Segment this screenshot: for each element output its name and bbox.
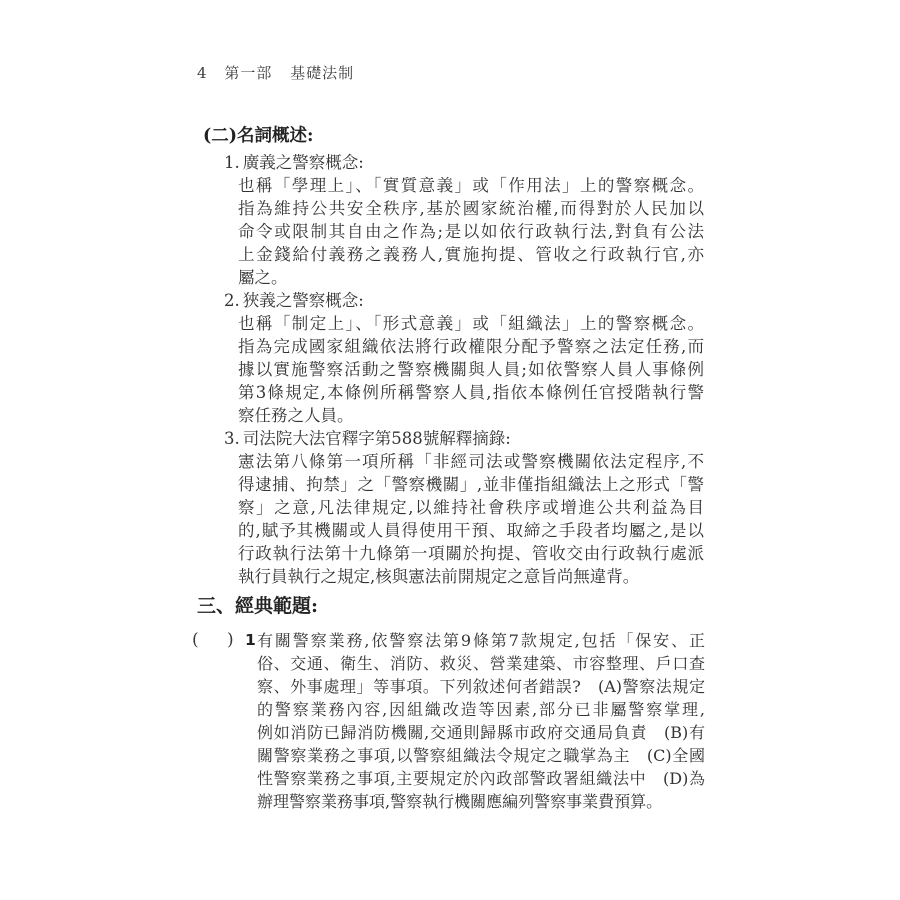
item-title-row: 1.廣義之警察概念: <box>203 151 715 174</box>
item-title-row: 3.司法院大法官釋字第588號解釋摘錄: <box>203 427 715 450</box>
text-line: 據以實施警察活動之警察機關與人員;如依警察人員人事條例 <box>238 358 704 381</box>
question: ( ) 1 有關警察業務,依警察法第9條第7款規定,包括「保安、正 俗、交通、衛… <box>192 629 708 813</box>
list-item: 2.狹義之警察概念: 也稱「制定上」、「形式意義」或「組織法」上的警察概念。 指… <box>203 289 715 427</box>
list-item: 1.廣義之警察概念: 也稱「學理上」、「實質意義」或「作用法」上的警察概念。 指… <box>203 151 715 289</box>
text-line: 也稱「學理上」、「實質意義」或「作用法」上的警察概念。 <box>238 174 704 197</box>
text-line: 屬之。 <box>238 266 704 289</box>
item-title: 廣義之警察概念: <box>243 153 364 172</box>
book-title: 基礎法制 <box>290 64 354 82</box>
text-line: 指為完成國家組織依法將行政權限分配予警察之法定任務,而 <box>238 335 704 358</box>
question-line: 俗、交通、衛生、消防、救災、營業建築、市容整理、戶口查 <box>257 652 705 675</box>
page-number: 4 <box>197 64 208 82</box>
question-line: 辦理警察業務事項,警察執行機關應編列警察事業費預算。 <box>257 790 705 813</box>
running-head: 4 第一部 基礎法制 <box>197 62 354 83</box>
item-body: 憲法第八條第一項所稱「非經司法或警察機關依法定程序,不 得逮捕、拘禁」之「警察機… <box>238 450 704 588</box>
question-body: 有關警察業務,依警察法第9條第7款規定,包括「保安、正 俗、交通、衛生、消防、救… <box>257 629 705 813</box>
text-line: 憲法第八條第一項所稱「非經司法或警察機關依法定程序,不 <box>238 450 704 473</box>
text-line: 指為維持公共安全秩序,基於國家統治權,而得對於人民加以 <box>238 197 704 220</box>
text-line: 的,賦予其機關或人員得使用干預、取締之手段者均屬之,是以 <box>238 519 704 542</box>
question-line: 性警察業務之事項,主要規定於內政部警政署組織法中 (D)為 <box>257 767 705 790</box>
book-page: 4 第一部 基礎法制 (二)名詞概述: 1.廣義之警察概念: 也稱「學理上」、「… <box>0 0 900 900</box>
question-number: 1 <box>245 629 256 652</box>
item-title: 狹義之警察概念: <box>243 291 364 310</box>
text-line: 命令或限制其自由之作為;是以如依行政執行法,對負有公法 <box>238 220 704 243</box>
text-line: 得逮捕、拘禁」之「警察機關」,並非僅指組織法上之形式「警 <box>238 473 704 496</box>
item-body: 也稱「制定上」、「形式意義」或「組織法」上的警察概念。 指為完成國家組織依法將行… <box>238 312 704 427</box>
part-label: 第一部 <box>224 64 272 82</box>
answer-paren-open: ( <box>192 629 199 652</box>
question-line: 關警察業務之事項,以警察組織法令規定之職掌為主 (C)全國 <box>257 744 705 767</box>
question-line: 有關警察業務,依警察法第9條第7款規定,包括「保安、正 <box>257 629 705 652</box>
item-number: 2. <box>224 289 240 312</box>
item-body: 也稱「學理上」、「實質意義」或「作用法」上的警察概念。 指為維持公共安全秩序,基… <box>238 174 704 289</box>
exam-section-heading: 三、經典範題: <box>197 593 318 619</box>
item-number: 3. <box>224 427 240 450</box>
list-item: 3.司法院大法官釋字第588號解釋摘錄: 憲法第八條第一項所稱「非經司法或警察機… <box>203 427 715 588</box>
question-line: 例如消防已歸消防機關,交通則歸縣市政府交通局負責 (B)有 <box>257 721 705 744</box>
text-line: 察任務之人員。 <box>238 404 704 427</box>
item-title-row: 2.狹義之警察概念: <box>203 289 715 312</box>
item-title: 司法院大法官釋字第588號解釋摘錄: <box>243 429 511 448</box>
text-line: 第3條規定,本條例所稱警察人員,指依本條例任官授階執行警 <box>238 381 704 404</box>
text-line: 執行員執行之規定,核與憲法前開規定之意旨尚無違背。 <box>238 565 704 588</box>
section-terms: (二)名詞概述: 1.廣義之警察概念: 也稱「學理上」、「實質意義」或「作用法」… <box>203 124 715 588</box>
section-heading: (二)名詞概述: <box>203 124 715 148</box>
text-line: 行政執行法第十九條第一項關於拘提、管收交由行政執行處派 <box>238 542 704 565</box>
question-line: 察、外事處理」等事項。下列敘述何者錯誤? (A)警察法規定 <box>257 675 705 698</box>
text-line: 上金錢給付義務之義務人,實施拘提、管收之行政執行官,亦 <box>238 243 704 266</box>
text-line: 也稱「制定上」、「形式意義」或「組織法」上的警察概念。 <box>238 312 704 335</box>
text-line: 察」之意,凡法律規定,以維持社會秩序或增進公共利益為目 <box>238 496 704 519</box>
question-line: 的警察業務內容,因組織改造等因素,部分已非屬警察掌理, <box>257 698 705 721</box>
item-number: 1. <box>224 151 240 174</box>
answer-paren-close: ) <box>227 629 234 652</box>
